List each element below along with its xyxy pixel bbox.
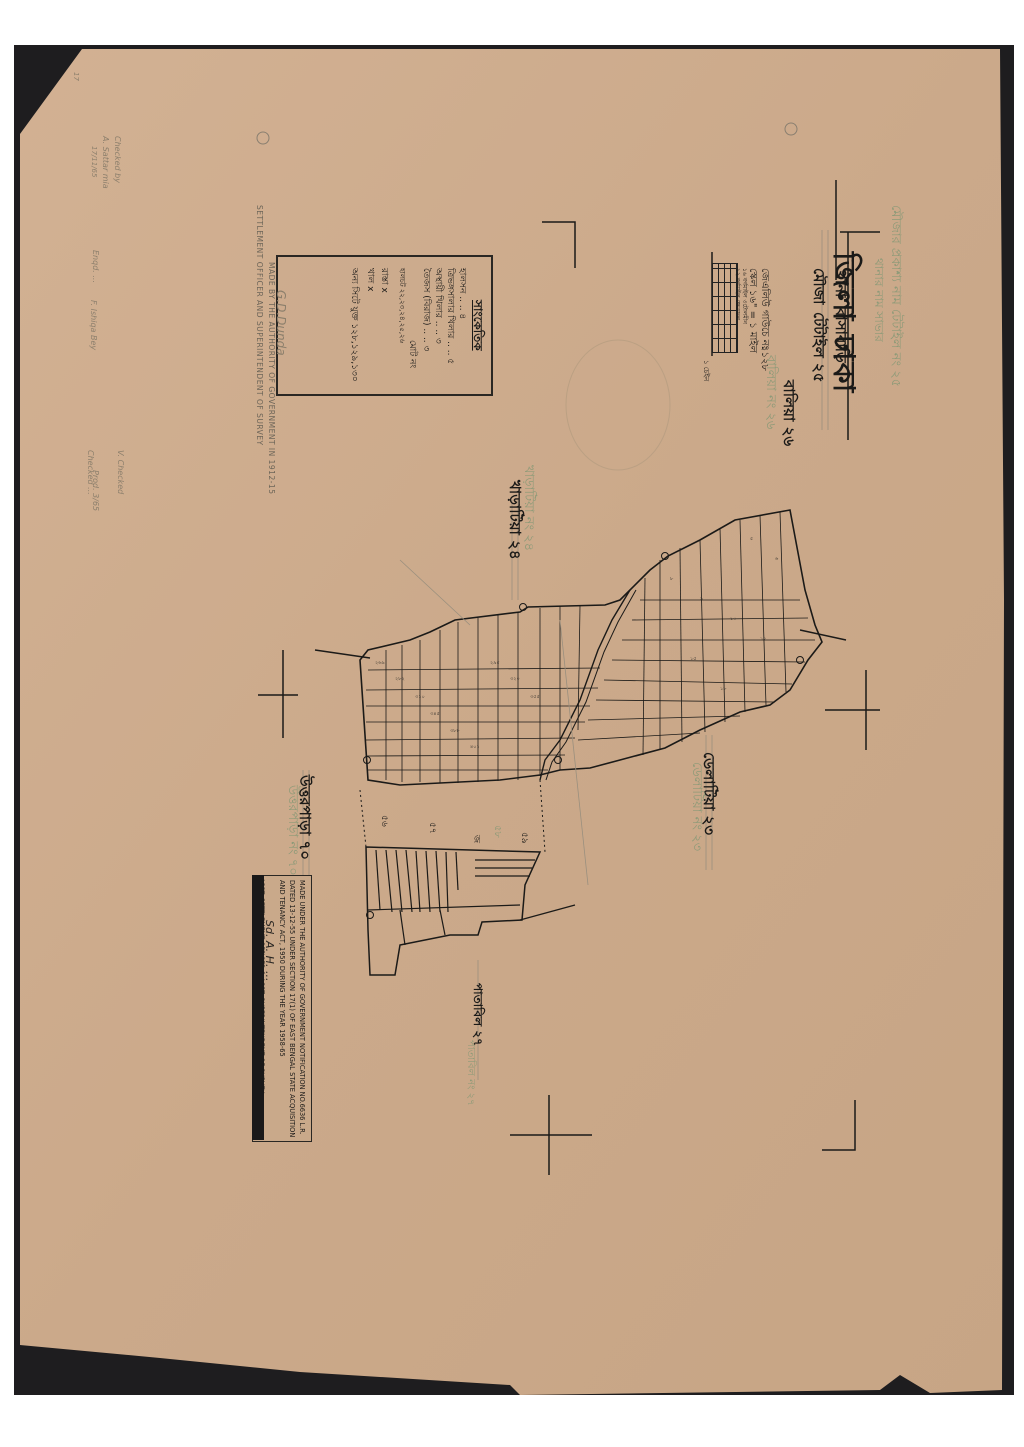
notice-footer: ASST. SETTLEMENT OFFICER & ASST. SUPERIN… xyxy=(258,878,266,1093)
notice-line-2: DATED 13-12-55 UNDER SECTION 17(1) OF EA… xyxy=(288,880,296,1137)
authority-line-2: SETTLEMENT OFFICER AND SUPERINTENDENT OF… xyxy=(255,205,264,446)
legend-row: হালচট ২২,২৩,২৪,২৫,২৬ xyxy=(396,268,408,343)
pencil-note: 17/11/65 xyxy=(90,146,98,177)
legend-row: তৈজস (বিরাজ) .. .. ৩ xyxy=(419,268,434,351)
scale-line-4: ১২ বর্গমাইল ক্ষেত্রফল xyxy=(732,268,743,320)
legend-row: অন্য সিটে যুক্ত ১২৮,১২৯,১৩০ xyxy=(347,268,362,382)
field-mark: ৫৮ xyxy=(488,825,505,838)
svg-text:৩৮৮: ৩৮৮ xyxy=(450,728,460,734)
svg-text:২৯৫: ২৯৫ xyxy=(490,660,500,666)
pencil-note: Enqd. ... xyxy=(91,250,100,283)
thana-value: বাসাবাড়ি xyxy=(827,308,852,363)
svg-text:৩৫৫: ৩৫৫ xyxy=(530,694,540,700)
page-number: 17 xyxy=(72,72,80,81)
svg-text:২৮২: ২৮২ xyxy=(395,676,405,682)
neighbor-bottom: পাতাবিল ২৭ xyxy=(466,983,486,1046)
field-mark: জ xyxy=(469,835,484,843)
green-overprint-1: মৌজার প্রকাশ্য নাম টেটাইল নং ২৫ xyxy=(884,205,905,387)
mouza-label: মৌজা xyxy=(805,268,830,304)
svg-text:২৬৯: ২৬৯ xyxy=(375,660,385,666)
neighbor-bottom-green: পাতাবিল নং ২৭ xyxy=(461,1040,478,1106)
legend-row: রাস্তা x xyxy=(377,268,392,293)
mouza-value: টেটাইল ২৫ xyxy=(805,312,830,382)
legend-row: খাল x xyxy=(363,268,378,291)
svg-text:৩১০: ৩১০ xyxy=(415,694,425,700)
neighbor-right-green: ডেলাটিয়া নং ২৩ xyxy=(685,762,706,851)
scale-caption: ১ চেইন xyxy=(700,360,712,381)
field-mark: ৫৯ xyxy=(517,832,532,844)
pencil-note: V. Checked xyxy=(116,450,125,494)
pencil-note: Prod. 3/65 xyxy=(91,470,100,511)
neighbor-upper-left-green: খাড়াটিয়া নং ২৪ xyxy=(517,465,538,551)
legend-row: মোট নং xyxy=(405,340,420,368)
neighbor-left-green: উত্তরপাড়া নং ৭০ xyxy=(281,785,302,876)
field-mark: ৫৬ xyxy=(377,815,392,827)
svg-text:১৮: ১৮ xyxy=(720,686,727,692)
svg-text:১২: ১২ xyxy=(760,636,767,642)
svg-text:১০: ১০ xyxy=(730,616,737,622)
map-sheet: ২৬৯২৮২৩১০ ৩৪৫৩৮৮৪০১ ২৯৫৩২০৩৫৫ ৮৯১০ ১২১৫১… xyxy=(0,0,1024,1447)
green-overprint-2: থানার নাম সাভার xyxy=(867,258,887,342)
authority-signature: G.D.Dunda xyxy=(274,290,288,356)
pencil-note: A. Sattar mia xyxy=(101,136,110,189)
svg-text:৩৪৫: ৩৪৫ xyxy=(430,711,440,717)
pencil-note: F. Ishiqa Bey xyxy=(89,300,98,350)
notice-line-1: MADE UNDER THE AUTHORITY OF GOVERNMENT N… xyxy=(298,880,306,1135)
pencil-note: Checked by xyxy=(113,136,122,183)
neighbor-top-green: বালিয়া নং ২৬ xyxy=(759,355,780,429)
field-mark: ৫৭ xyxy=(425,822,440,834)
svg-text:৪০১: ৪০১ xyxy=(470,744,480,750)
svg-text:১৫: ১৫ xyxy=(690,656,697,662)
thana-label: থানা xyxy=(827,270,852,297)
notice-line-3: AND TENANCY ACT, 1950 DURING THE YEAR 19… xyxy=(278,880,286,1057)
svg-text:৩২০: ৩২০ xyxy=(510,676,520,682)
svg-text:৫: ৫ xyxy=(750,536,753,542)
svg-text:৯: ৯ xyxy=(700,596,703,602)
